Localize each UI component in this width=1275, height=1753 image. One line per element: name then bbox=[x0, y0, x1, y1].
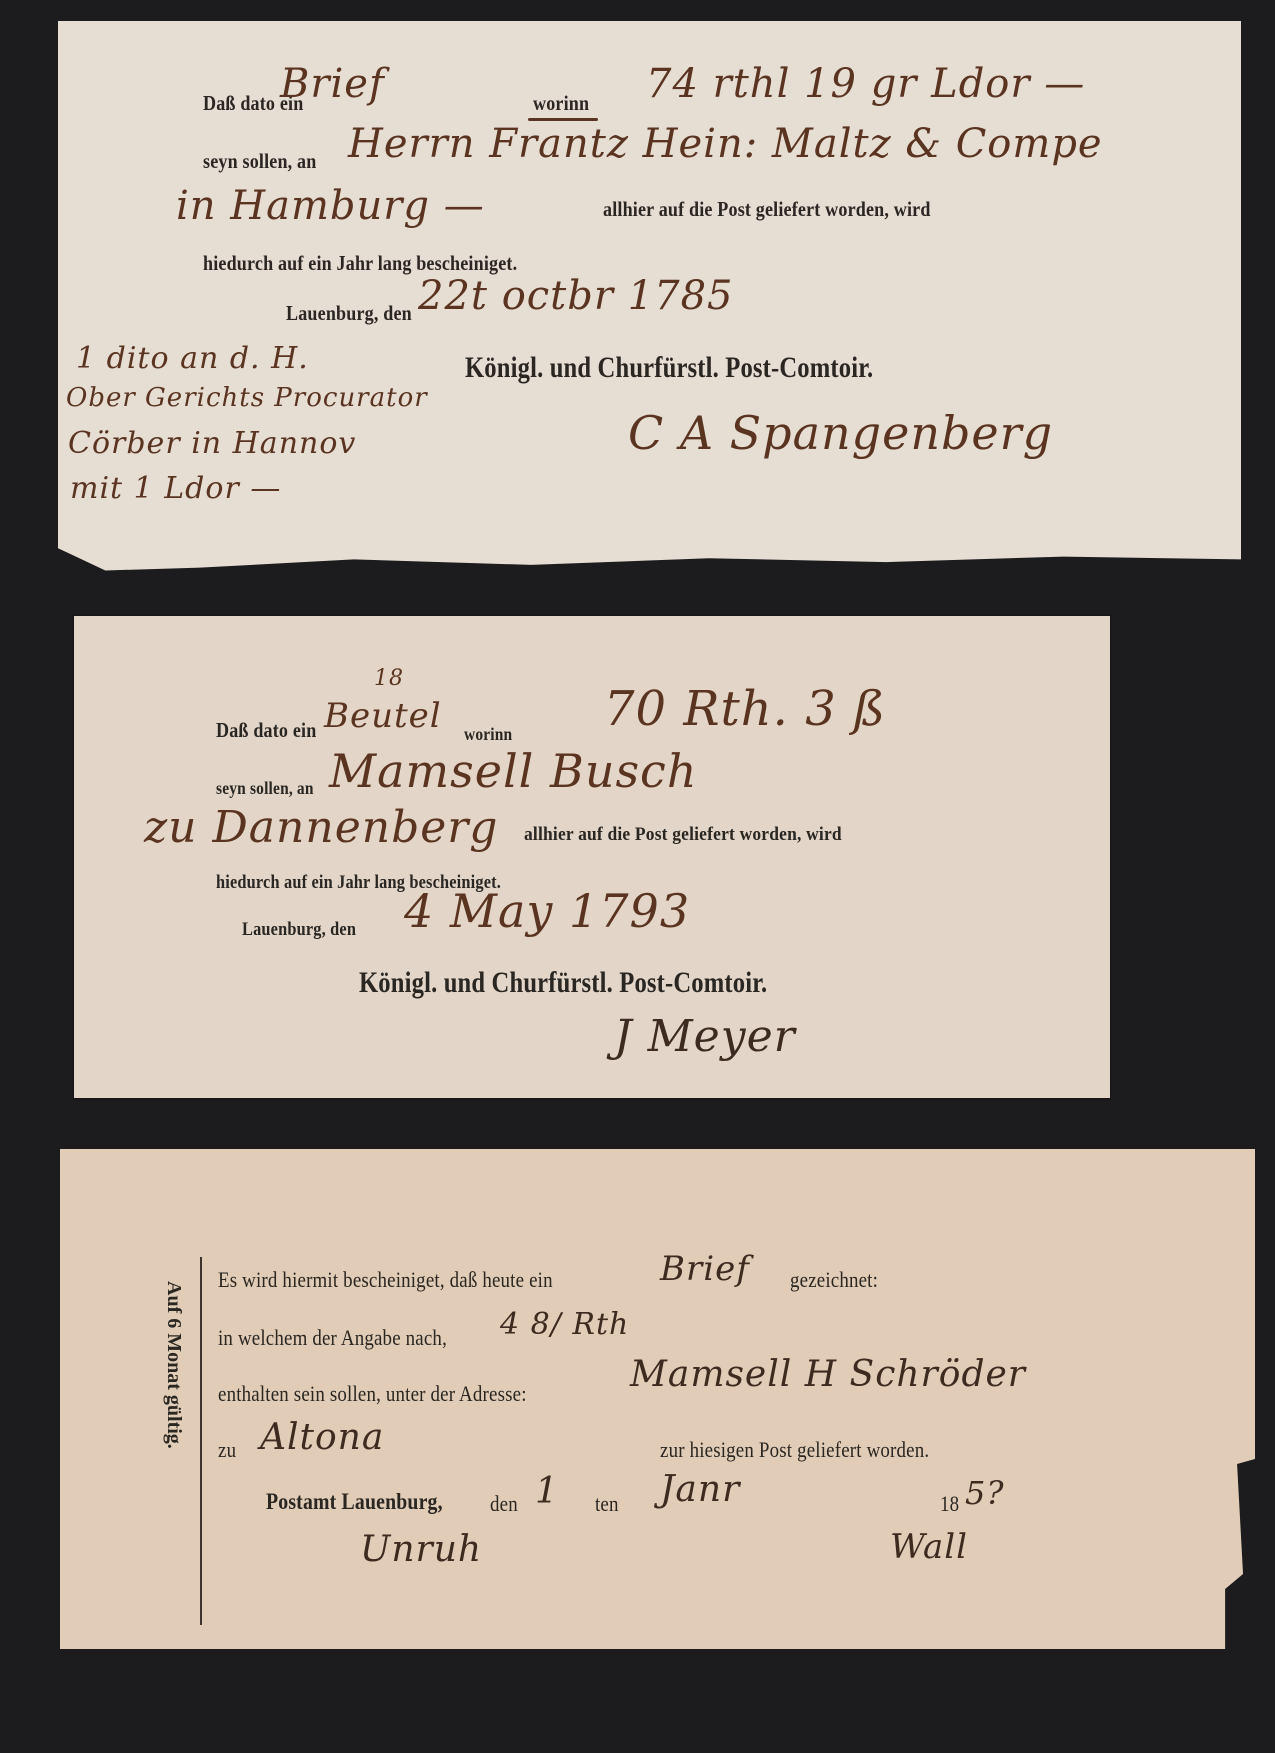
printed-ten: ten bbox=[595, 1491, 619, 1517]
margin-note-line3: Cörber in Hannov bbox=[68, 426, 356, 461]
printed-office-name: Postamt Lauenburg, bbox=[266, 1489, 443, 1515]
printed-text-line4-end: zur hiesigen Post geliefert worden. bbox=[660, 1437, 929, 1463]
handwritten-item: Brief bbox=[660, 1249, 750, 1289]
handwritten-year-suffix: 5? bbox=[965, 1474, 1005, 1512]
printed-text-line3-start: enthalten sein sollen, unter der Adresse… bbox=[218, 1381, 527, 1407]
printed-text-line3-end: allhier auf die Post geliefert worden, w… bbox=[603, 197, 931, 222]
signature: C A Spangenberg bbox=[628, 406, 1053, 460]
handwritten-contents: 74 rthl 19 gr Ldor — bbox=[646, 61, 1085, 107]
signature-left: Unruh bbox=[360, 1529, 482, 1570]
printed-text-line2-start: in welchem der Angabe nach, bbox=[218, 1325, 447, 1351]
handwritten-month: Janr bbox=[660, 1469, 740, 1510]
printed-office-name: Königl. und Churfürstl. Post-Comtoir. bbox=[465, 351, 873, 385]
signature-right: Wall bbox=[890, 1527, 968, 1567]
printed-text-line1-end: gezeichnet: bbox=[790, 1267, 878, 1293]
printed-text-line4-start: zu bbox=[218, 1437, 236, 1463]
signature: J Meyer bbox=[614, 1011, 796, 1062]
printed-text-line2-start: seyn sollen, an bbox=[203, 149, 316, 174]
postal-receipt-1785: Daß dato ein Brief worinn 74 rthl 19 gr … bbox=[58, 21, 1241, 576]
handwritten-addressee: Mamsell H Schröder bbox=[630, 1354, 1026, 1395]
handwritten-destination: zu Dannenberg bbox=[144, 802, 498, 853]
handwritten-date: 22t octbr 1785 bbox=[418, 273, 733, 319]
handwritten-addressee: Herrn Frantz Hein: Maltz & Compe bbox=[348, 121, 1103, 167]
handwritten-destination: in Hamburg — bbox=[176, 183, 485, 229]
margin-note-line4: mit 1 Ldor — bbox=[70, 471, 281, 506]
printed-place-date: Lauenburg, den bbox=[286, 301, 412, 326]
handwritten-item: Brief bbox=[280, 61, 385, 107]
printed-office-name: Königl. und Churfürstl. Post-Comtoir. bbox=[359, 966, 767, 1000]
handwritten-item-prefix: 18 bbox=[374, 666, 404, 691]
margin-rule bbox=[200, 1257, 202, 1625]
handwritten-destination: Altona bbox=[260, 1417, 384, 1458]
postal-receipt-1793: Daß dato ein 18 Beutel worinn 70 Rth. 3 … bbox=[74, 616, 1110, 1098]
handwritten-item: Beutel bbox=[324, 696, 442, 736]
printed-text-line2-start: seyn sollen, an bbox=[216, 778, 314, 799]
printed-text-line3-end: allhier auf die Post geliefert worden, w… bbox=[524, 824, 842, 846]
printed-text-line1-start: Es wird hiermit bescheiniget, daß heute … bbox=[218, 1267, 553, 1293]
handwritten-contents: 70 Rth. 3 ß bbox=[604, 681, 886, 737]
printed-year-prefix: 18 bbox=[940, 1491, 959, 1517]
handwritten-day: 1 bbox=[535, 1471, 559, 1512]
handwritten-addressee: Mamsell Busch bbox=[329, 744, 697, 798]
handwritten-contents: 4 8/ Rth bbox=[500, 1307, 629, 1342]
margin-note-line1: 1 dito an d. H. bbox=[76, 341, 309, 376]
printed-place-date: Lauenburg, den bbox=[242, 919, 356, 941]
printed-den: den bbox=[490, 1491, 518, 1517]
printed-text-line1-start: Daß dato ein bbox=[216, 718, 316, 743]
margin-note-line2: Ober Gerichts Procurator bbox=[66, 383, 428, 413]
handwritten-date: 4 May 1793 bbox=[404, 884, 690, 938]
validity-note: Auf 6 Monat gültig. bbox=[162, 1281, 185, 1449]
printed-text-line1-mid: worinn bbox=[464, 724, 512, 745]
printed-text-line1-mid: worinn bbox=[533, 91, 589, 116]
postal-receipt-1850s: Auf 6 Monat gültig. Es wird hiermit besc… bbox=[60, 1149, 1255, 1649]
